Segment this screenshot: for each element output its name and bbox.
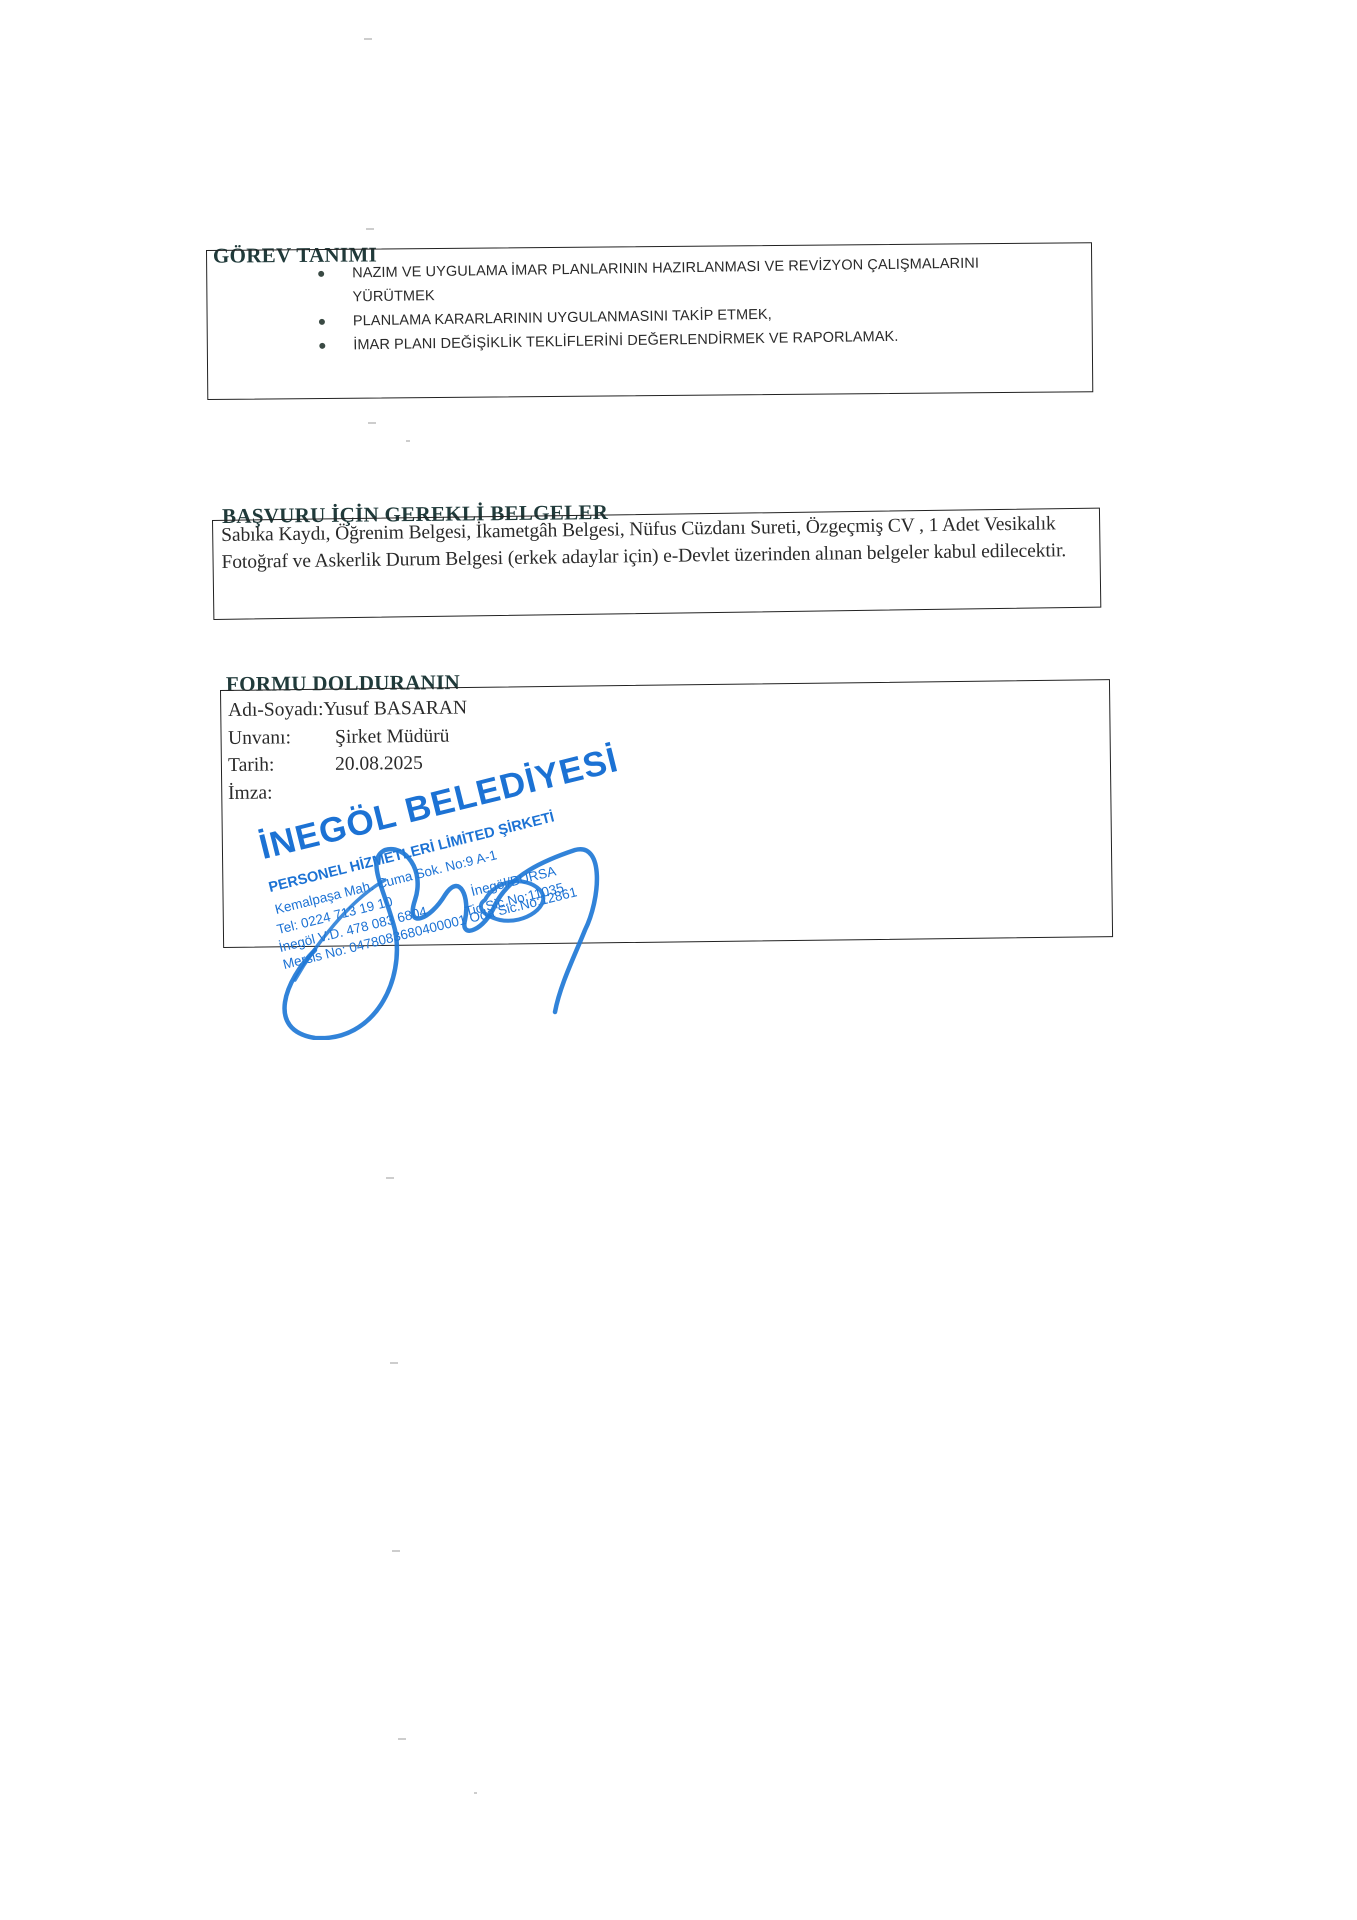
scan-speck	[398, 1738, 406, 1740]
scan-speck	[364, 38, 372, 40]
title-value: Şirket Müdürü	[335, 726, 450, 749]
scan-speck	[474, 1792, 477, 1794]
date-value: 20.08.2025	[335, 753, 423, 776]
duties-list: NAZIM VE UYGULAMA İMAR PLANLARININ HAZIR…	[312, 250, 1073, 358]
duty-text-cont: YÜRÜTMEK	[352, 288, 434, 305]
title-label: Unvanı:	[228, 727, 335, 750]
duty-text: PLANLAMA KARARLARININ UYGULANMASINI TAKİ…	[353, 307, 772, 330]
bullet-icon	[319, 319, 325, 325]
scan-speck	[406, 440, 410, 442]
bullet-icon	[319, 343, 325, 349]
scan-speck	[392, 1550, 400, 1552]
signature-icon	[255, 780, 635, 1040]
scan-speck	[366, 228, 374, 230]
date-label: Tarih:	[228, 754, 335, 777]
duty-text: NAZIM VE UYGULAMA İMAR PLANLARININ HAZIR…	[352, 256, 979, 282]
name-value: Yusuf BASARAN	[323, 697, 467, 721]
scan-speck	[386, 1177, 394, 1179]
name-label: Adı-Soyadı:	[228, 699, 324, 722]
company-stamp: İNEGÖL BELEDİYESİ PERSONEL HİZMETLERİ Lİ…	[255, 780, 635, 1040]
scan-speck	[368, 422, 376, 424]
bullet-icon	[318, 271, 324, 277]
duty-text: İMAR PLANI DEĞİŞİKLİK TEKLİFLERİNİ DEĞER…	[353, 329, 898, 354]
name-field: Adı-Soyadı:Yusuf BASARAN	[228, 697, 467, 722]
scan-speck	[390, 1362, 398, 1364]
date-field: Tarih:20.08.2025	[228, 753, 423, 777]
title-field: Unvanı:Şirket Müdürü	[228, 726, 450, 750]
